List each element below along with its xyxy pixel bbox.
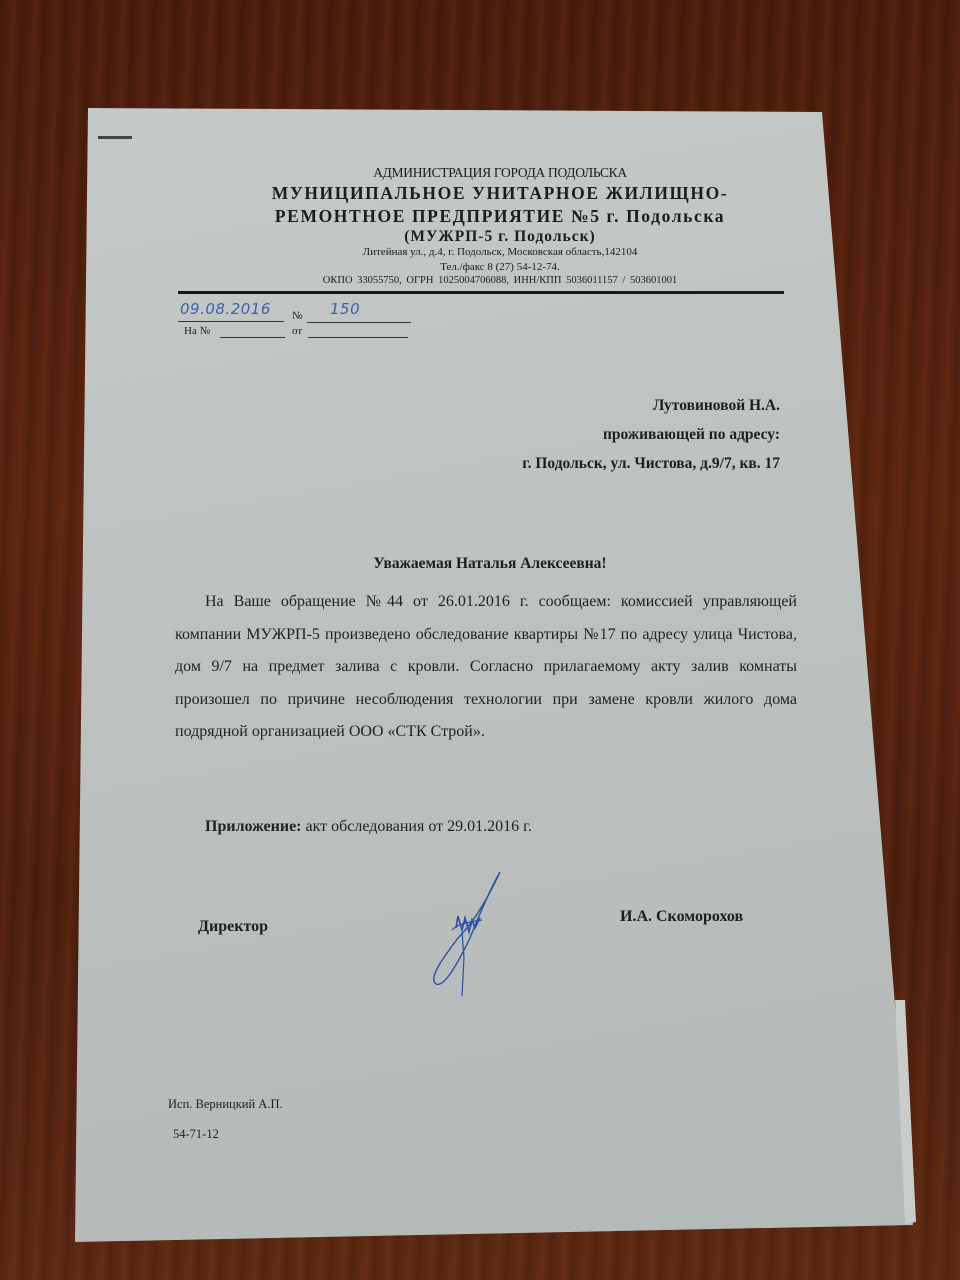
from-underline [308, 337, 408, 338]
signer-position: Директор [198, 918, 268, 936]
reply-to-label: На № [184, 325, 210, 337]
addressee-name: Лутовиновой Н.А. [653, 397, 780, 415]
attachment-text: акт обследования от 29.01.2016 г. [302, 818, 532, 835]
executor-phone: 54-71-12 [173, 1127, 219, 1142]
letterhead-telfax: Тел./факс 8 (27) 54-12-74. [20, 261, 960, 273]
from-label: от [292, 325, 302, 337]
attachment-line: Приложение: акт обследования от 29.01.20… [205, 818, 532, 836]
letterhead-administration: АДМИНИСТРАЦИЯ ГОРОДА ПОДОЛЬСКА [20, 165, 960, 181]
letterhead-codes: ОКПО 33055750, ОГРН 1025004706088, ИНН/К… [20, 275, 960, 286]
handwritten-signature-icon [418, 868, 508, 998]
outgoing-date-handwritten: 09.08.2016 [180, 300, 271, 318]
signer-name: И.А. Скоморохов [620, 908, 743, 926]
executor-name: Исп. Верницкий А.П. [168, 1097, 283, 1112]
corner-dash-mark [98, 136, 132, 139]
salutation: Уважаемая Наталья Алексеевна! [0, 555, 960, 573]
outgoing-number-handwritten: 150 [330, 300, 360, 318]
letterhead-org-short: (МУЖРП-5 г. Подольск) [20, 228, 960, 246]
number-underline [307, 322, 411, 323]
number-label: № [292, 310, 303, 322]
date-underline [178, 321, 284, 322]
addressee-residing: проживающей по адресу: [603, 426, 780, 444]
addressee-address: г. Подольск, ул. Чистова, д.9/7, кв. 17 [522, 455, 780, 473]
reply-to-underline [220, 337, 285, 338]
letterhead-address: Литейная ул., д.4, г. Подольск, Московск… [20, 246, 960, 258]
letterhead-org-line1: МУНИЦИПАЛЬНОЕ УНИТАРНОЕ ЖИЛИЩНО- [20, 183, 960, 204]
letterhead-org-line2: РЕМОНТНОЕ ПРЕДПРИЯТИЕ №5 г. Подольска [20, 206, 960, 227]
letter-body: На Ваше обращение №44 от 26.01.2016 г. с… [175, 586, 797, 749]
attachment-label: Приложение: [205, 818, 302, 835]
letterhead-rule [178, 291, 784, 294]
